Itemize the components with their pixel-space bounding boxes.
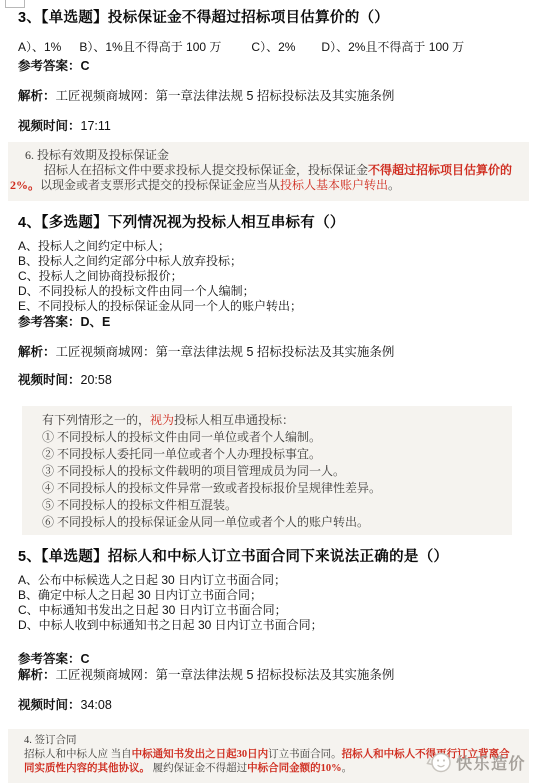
video-time-line: 视频时间：20:58 <box>18 372 517 388</box>
note-text: 招标人和中标人应 当自 <box>24 749 132 760</box>
analysis-label: 解析： <box>18 668 56 682</box>
analysis-text: 工匠视频商城网：第一章法律法规 5 招标投标法及其实施条例 <box>56 345 395 359</box>
analysis-line: 解析：工匠视频商城网：第一章法律法规 5 招标投标法及其实施条例 <box>18 667 517 683</box>
option-a: A、投标人之间约定中标人； <box>18 239 517 254</box>
option-c: C、中标通知书发出之日起 30 日内订立书面合同； <box>18 603 517 618</box>
question-3-title: 3、【单选题】投标保证金不得超过招标项目估算价的（） <box>18 8 517 28</box>
question-4-title: 4、【多选题】下列情况视为投标人相互串标有（） <box>18 213 517 233</box>
note-heading: 6. 投标有效期及投标保证金 <box>10 148 521 163</box>
reference-note-collusion: 有下列情形之一的，视为投标人相互串通投标： ① 不同投标人的投标文件由同一单位或… <box>22 406 512 535</box>
option-d: D、不同投标人的投标文件由同一个人编制； <box>18 284 517 299</box>
analysis-text: 工匠视频商城网：第一章法律法规 5 招标投标法及其实施条例 <box>56 668 395 682</box>
page-corner-artifact <box>5 0 25 8</box>
note-intro: 有下列情形之一的，视为投标人相互串通投标： <box>42 412 502 429</box>
answer-value: D、E <box>81 315 111 329</box>
note-text: 有下列情形之一的， <box>42 413 150 427</box>
video-time-label: 视频时间： <box>18 119 81 133</box>
note-text: 履约保证金不得超过 <box>150 763 247 774</box>
note-item: ⑥ 不同投标人的投标保证金从同一单位或者个人的账户转出。 <box>42 514 502 531</box>
note-text-red: 中标通知书发出之日起30日内 <box>132 749 269 760</box>
analysis-label: 解析： <box>18 345 56 359</box>
note-text-red: 投标人基本账户转出 <box>280 178 388 192</box>
smiley-logo-icon <box>426 750 453 775</box>
video-time-label: 视频时间： <box>18 698 81 712</box>
question-5-title: 5、【单选题】招标人和中标人订立书面合同下来说法正确的是（） <box>18 547 517 567</box>
answer-line: 参考答案：C <box>18 651 517 667</box>
question-5-options: A、公布中标候选人之日起 30 日内订立书面合同； B、确定中标人之日起 30 … <box>18 573 517 633</box>
analysis-line: 解析：工匠视频商城网：第一章法律法规 5 招标投标法及其实施条例 <box>18 88 517 104</box>
question-3-options: A）、1% B）、1%且不得高于 100 万 C）、2% D）、2%且不得高于 … <box>18 40 517 55</box>
answer-label: 参考答案： <box>18 315 81 329</box>
note-text-red: 不得超过招标项目估算价的 <box>368 163 512 177</box>
video-time-line: 视频时间：34:08 <box>18 697 517 713</box>
analysis-label: 解析： <box>18 89 56 103</box>
question-5: 5、【单选题】招标人和中标人订立书面合同下来说法正确的是（） A、公布中标候选人… <box>18 547 517 783</box>
reference-note-bid-security: 6. 投标有效期及投标保证金 招标人在招标文件中要求投标人提交投标保证金，投标保… <box>8 142 529 201</box>
option-c: C、投标人之间协商投标报价； <box>18 269 517 284</box>
option-e: E、不同投标人的投标保证金从同一个人的账户转出； <box>18 299 517 314</box>
option-a: A、公布中标候选人之日起 30 日内订立书面合同； <box>18 573 517 588</box>
option-a: A）、1% <box>18 40 61 55</box>
video-time-value: 17:11 <box>81 119 111 133</box>
note-item: ④ 不同投标人的投标文件异常一致或者投标报价呈规律性差异。 <box>42 480 502 497</box>
analysis-line: 解析：工匠视频商城网：第一章法律法规 5 招标投标法及其实施条例 <box>18 344 517 360</box>
analysis-text: 工匠视频商城网：第一章法律法规 5 招标投标法及其实施条例 <box>56 89 395 103</box>
video-time-value: 20:58 <box>81 373 112 387</box>
video-time-label: 视频时间： <box>18 373 81 387</box>
option-d: D、中标人收到中标通知书之日起 30 日内订立书面合同； <box>18 618 517 633</box>
note-text: 投标人相互串通投标： <box>174 413 294 427</box>
note-heading: 4. 签订合同 <box>24 734 519 748</box>
question-3: 3、【单选题】投标保证金不得超过招标项目估算价的（） A）、1% B）、1%且不… <box>18 8 517 201</box>
answer-value: C <box>81 59 90 73</box>
note-text: 。 <box>388 178 400 192</box>
answer-line: 参考答案：D、E <box>18 314 517 330</box>
note-text: 招标人在招标文件中要求投标人提交投标保证金，投标保证金 <box>44 163 368 177</box>
option-b: B、投标人之间约定部分中标人放弃投标； <box>18 254 517 269</box>
option-b: B）、1%且不得高于 100 万 <box>79 40 221 55</box>
option-b: B、确定中标人之日起 30 日内订立书面合同； <box>18 588 517 603</box>
watermark: 快乐造价 <box>426 750 526 775</box>
answer-line: 参考答案：C <box>18 58 517 74</box>
watermark-label: 快乐造价 <box>456 751 526 774</box>
note-text: 以现金或者支票形式提交的投标保证金应当从 <box>40 178 280 192</box>
answer-label: 参考答案： <box>18 59 81 73</box>
answer-label: 参考答案： <box>18 652 81 666</box>
video-time-line: 视频时间：17:11 <box>18 118 517 134</box>
note-text-red: 中标合同金额的10% <box>247 763 342 774</box>
note-text-red: 视为 <box>150 413 174 427</box>
option-c: C）、2% <box>251 40 295 55</box>
video-time-value: 34:08 <box>81 698 112 712</box>
question-4: 4、【多选题】下列情况视为投标人相互串标有（） A、投标人之间约定中标人； B、… <box>18 213 517 535</box>
note-text: 订立书面合同。 <box>268 749 342 760</box>
note-paragraph: 招标人在招标文件中要求投标人提交投标保证金，投标保证金不得超过招标项目估算价的2… <box>10 163 521 193</box>
option-d: D）、2%且不得高于 100 万 <box>321 40 464 55</box>
document-page: 3、【单选题】投标保证金不得超过招标项目估算价的（） A）、1% B）、1%且不… <box>0 0 535 783</box>
note-item: ① 不同投标人的投标文件由同一单位或者个人编制。 <box>42 429 502 446</box>
note-text: 。 <box>342 763 353 774</box>
note-item: ② 不同投标人委托同一单位或者个人办理投标事宜。 <box>42 446 502 463</box>
note-item: ③ 不同投标人的投标文件载明的项目管理成员为同一人。 <box>42 463 502 480</box>
answer-value: C <box>81 652 90 666</box>
note-text-red: 2%。 <box>10 178 40 192</box>
note-item: ⑤ 不同投标人的投标文件相互混装。 <box>42 497 502 514</box>
